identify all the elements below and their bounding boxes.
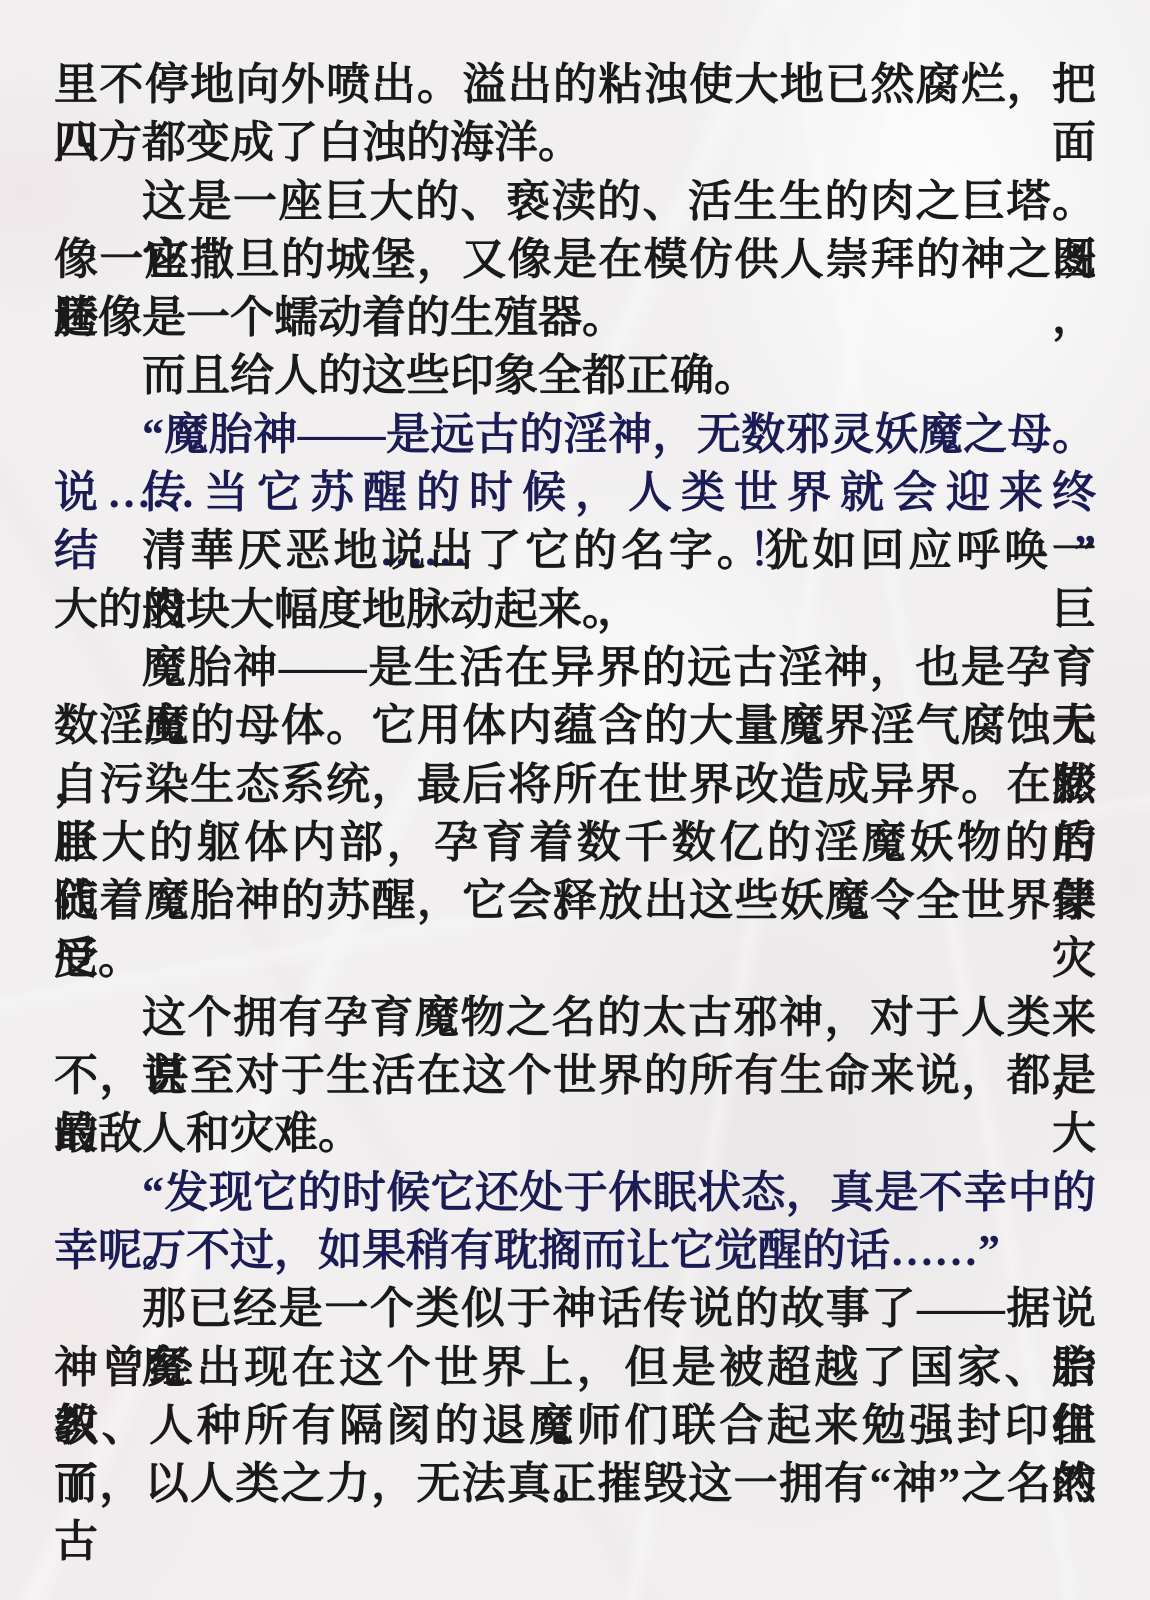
text-line: 这个拥有孕育魔物之名的太古邪神，对于人类来说， <box>54 989 1096 1047</box>
text-line: 里不停地向外喷出。溢出的粘浊使大地已然腐烂，把四面 <box>54 56 1096 114</box>
text-line: 这是一座巨大的、亵渎的、活生生的肉之巨塔。它既 <box>54 173 1096 231</box>
text-line: ，污染生态系统，最后将所在世界改造成异界。在膨胀的 <box>54 756 1096 814</box>
text-line: “魔胎神——是远古的淫神，无数邪灵妖魔之母。传 <box>54 406 1096 464</box>
text-line: 数淫魔的母体。它用体内蕴含的大量魔界淫气腐蚀大自然 <box>54 697 1096 755</box>
text-line: 巨大的躯体内部，孕育着数千数亿的淫魔妖物的后代。伴 <box>54 814 1096 872</box>
text-line: 随着魔胎神的苏醒，它会释放出这些妖魔令全世界蒙受灾 <box>54 872 1096 930</box>
novel-page: 里不停地向外喷出。溢出的粘浊使大地已然腐烂，把四面八方都变成了白浊的海洋。这是一… <box>0 0 1150 1600</box>
text-line: 神曾经出现在这个世界上，但是被超越了国家、宗教、组 <box>54 1339 1096 1397</box>
text-line: 魔胎神——是生活在异界的远古淫神，也是孕育出无 <box>54 639 1096 697</box>
text-line: 不，甚至对于生活在这个世界的所有生命来说，都是最大 <box>54 1047 1096 1105</box>
text-line: 那已经是一个类似于神话传说的故事了——据说魔胎 <box>54 1280 1096 1338</box>
text-line: “发现它的时候它还处于休眠状态，真是不幸中的万 <box>54 1164 1096 1222</box>
text-line: 像一座撒旦的城堡，又像是在模仿供人崇拜的神之图腾， <box>54 231 1096 289</box>
text-line: 而，以人类之力，无法真正摧毁这一拥有“神”之名的古 <box>54 1455 1096 1513</box>
text-line: 清華厌恶地说出了它的名字。犹如回应呼唤一般，巨 <box>54 522 1096 580</box>
text-line: 织、人种所有隔阂的退魔师们联合起来勉强封印住了。然 <box>54 1397 1096 1455</box>
text-block: 里不停地向外喷出。溢出的粘浊使大地已然腐烂，把四面八方都变成了白浊的海洋。这是一… <box>54 56 1096 1513</box>
text-line: 而且给人的这些印象全都正确。 <box>54 347 1096 405</box>
text-line: 幸呢。不过，如果稍有耽搁而让它觉醒的话……” <box>54 1222 1096 1280</box>
text-line: 说……当它苏醒的时候，人类世界就会迎来终结……！” <box>54 464 1096 522</box>
